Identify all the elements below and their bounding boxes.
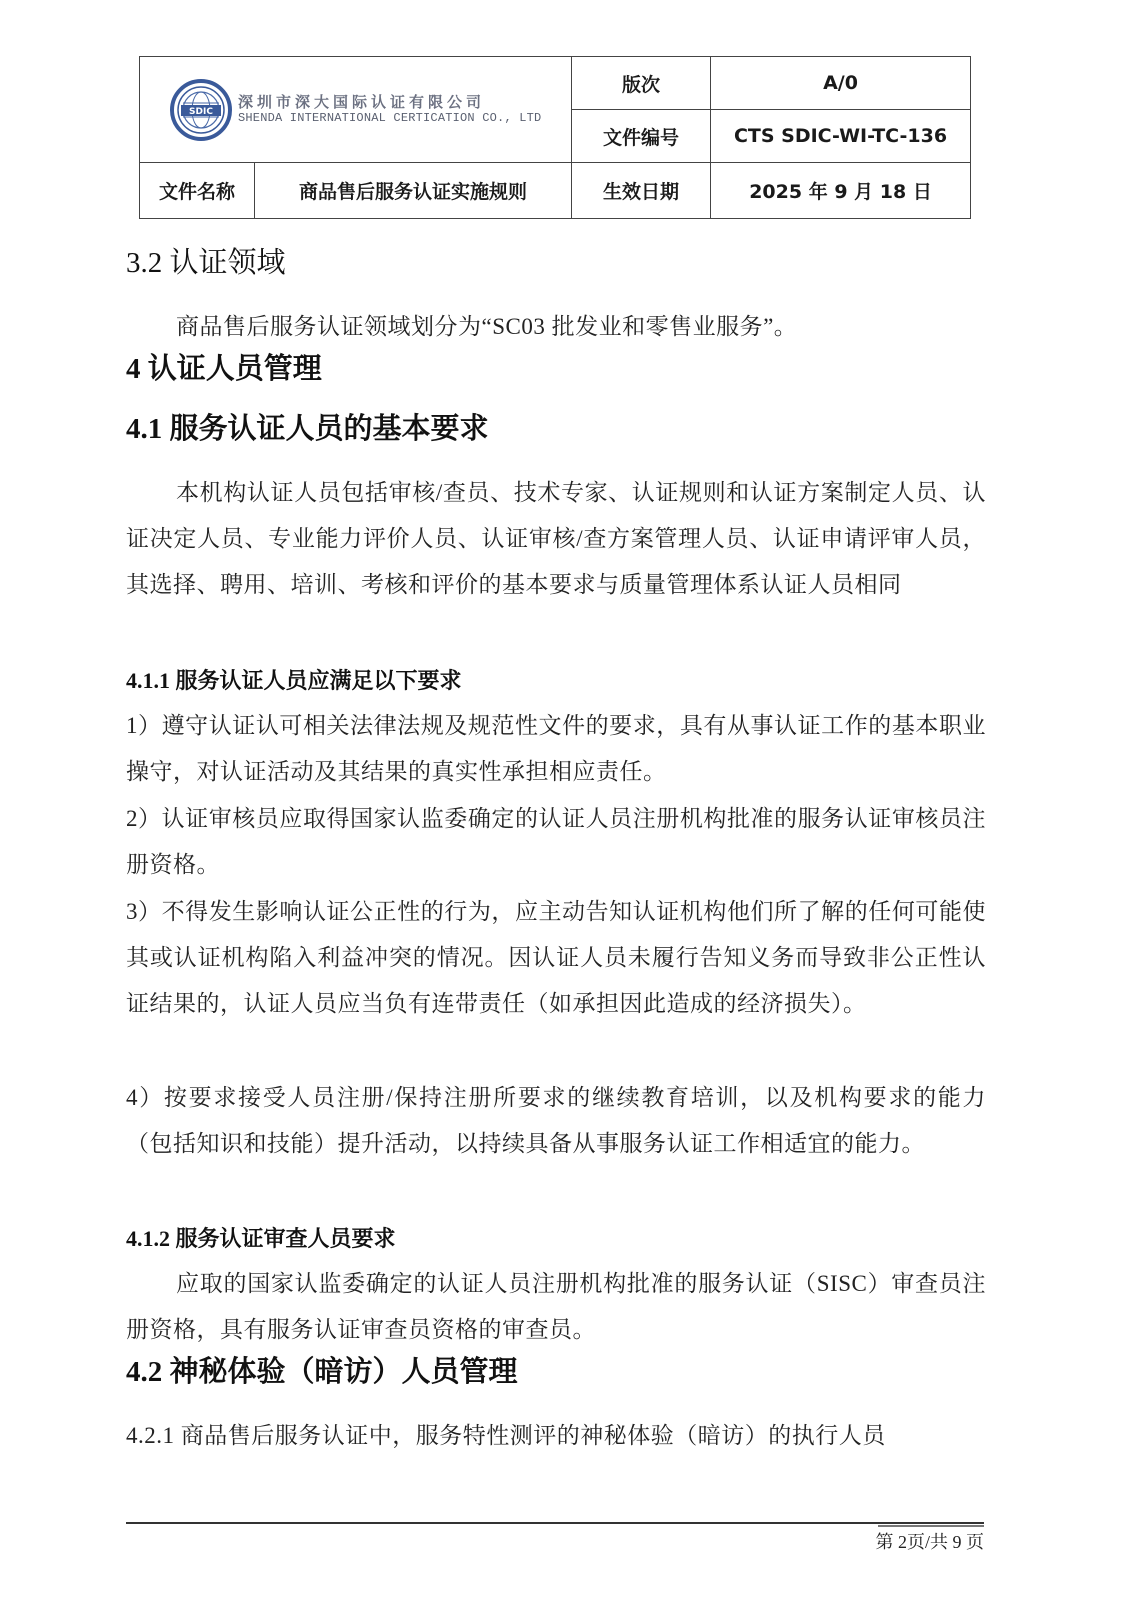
section-3-2-title: 3.2 认证领域	[126, 240, 986, 281]
doc-number-label: 文件编号	[572, 110, 711, 163]
section-4-2-title: 4.2 神秘体验（暗访）人员管理	[126, 1349, 986, 1390]
version-value: A/0	[711, 57, 971, 110]
company-logo-icon: SDIC	[170, 79, 232, 141]
svg-text:SDIC: SDIC	[189, 107, 213, 117]
section-4-title: 4 认证人员管理	[126, 346, 986, 387]
company-name-en: SHENDA INTERNATIONAL CERTICATION CO., LT…	[238, 111, 541, 126]
section-4-1-1-title: 4.1.1 服务认证人员应满足以下要求	[126, 664, 986, 695]
doc-name-value: 商品售后服务认证实施规则	[255, 163, 572, 219]
section-4-1-title: 4.1 服务认证人员的基本要求	[126, 406, 986, 447]
effective-date-value: 2025 年 9 月 18 日	[711, 163, 971, 219]
effective-date-label: 生效日期	[572, 163, 711, 219]
doc-number-value: CTS SDIC-WI-TC-136	[711, 110, 971, 163]
page-number: 第 2页/共 9 页	[875, 1528, 984, 1554]
section-4-2-1-text: 4.2.1 商品售后服务认证中，服务特性测评的神秘体验（暗访）的执行人员	[126, 1413, 986, 1459]
footer-divider-short	[878, 1525, 984, 1527]
doc-name-label: 文件名称	[140, 163, 255, 219]
requirement-item-3: 3）不得发生影响认证公正性的行为，应主动告知认证机构他们所了解的任何可能使其或认…	[126, 889, 986, 1027]
version-label: 版次	[572, 57, 711, 110]
footer-divider	[126, 1522, 984, 1524]
section-3-2-text: 商品售后服务认证领域划分为“SC03 批发业和零售业服务”。	[126, 304, 986, 350]
section-4-1-text: 本机构认证人员包括审核/查员、技术专家、认证规则和认证方案制定人员、认证决定人员…	[126, 470, 986, 608]
company-name-cn: 深圳市深大国际认证有限公司	[238, 93, 541, 112]
requirement-item-1: 1）遵守认证认可相关法律法规及规范性文件的要求，具有从事认证工作的基本职业操守，…	[126, 703, 986, 795]
section-4-1-2-title: 4.1.2 服务认证审查人员要求	[126, 1222, 986, 1253]
section-4-1-2-text: 应取的国家认监委确定的认证人员注册机构批准的服务认证（SISC）审查员注册资格，…	[126, 1261, 986, 1353]
requirement-item-4: 4）按要求接受人员注册/保持注册所要求的继续教育培训，以及机构要求的能力（包括知…	[126, 1075, 986, 1167]
company-logo-cell: SDIC 深圳市深大国际认证有限公司 SHENDA INTERNATIONAL …	[140, 57, 572, 163]
document-header-table: SDIC 深圳市深大国际认证有限公司 SHENDA INTERNATIONAL …	[139, 56, 971, 219]
requirement-item-2: 2）认证审核员应取得国家认监委确定的认证人员注册机构批准的服务认证审核员注册资格…	[126, 796, 986, 888]
